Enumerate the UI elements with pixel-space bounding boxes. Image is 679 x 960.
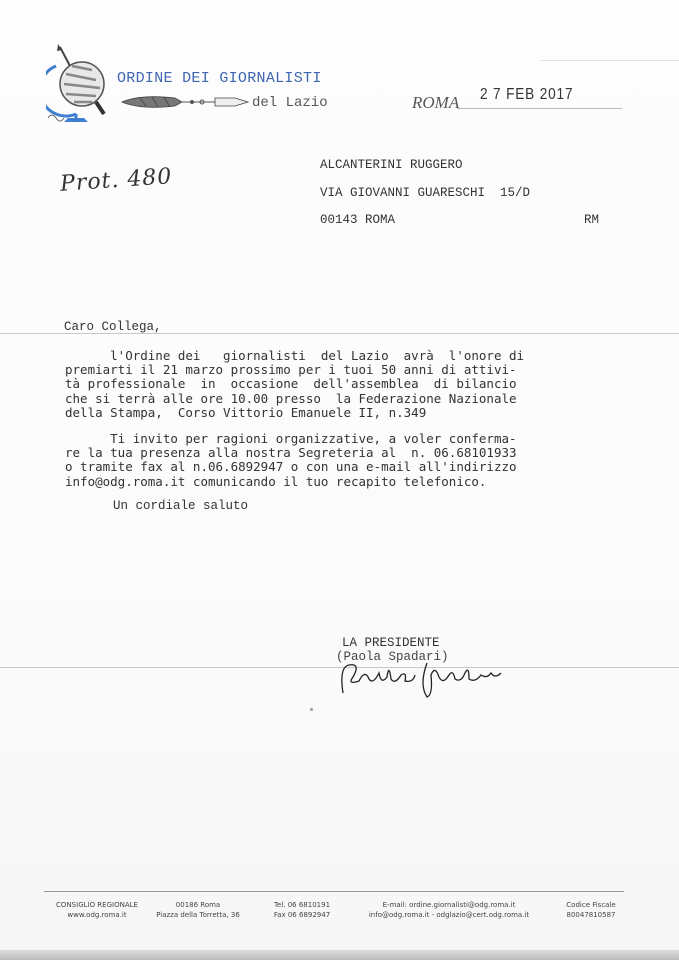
speck [310,708,313,711]
recipient-street: VIA GIOVANNI GUARESCHI 15/D [320,186,530,200]
greeting: Caro Collega, [64,320,162,334]
footer-tax-label: Codice Fiscale [556,900,626,910]
protocol-number: Prot. 480 [59,164,173,197]
recipient-province: RM [584,213,599,227]
globe-pen-icon [46,44,110,126]
footer-website: www.odg.roma.it [52,910,142,920]
footer-postcode: 00186 Roma [148,900,248,910]
fold-line [540,60,679,61]
recipient-city: 00143 ROMA [320,213,395,227]
footer-rule [44,891,624,892]
footer-email-main: E-mail: ordine.giornalisti@odg.roma.it [344,900,554,910]
recipient-name: ALCANTERINI RUGGERO [320,158,463,172]
dateline-rule [457,108,622,109]
letter-page: ORDINE DEI GIORNALISTI del Lazio ROMA 2 … [0,0,679,960]
body-paragraph-1: l'Ordine dei giornalisti del Lazio avrà … [65,349,535,420]
signature-title: LA PRESIDENTE [342,636,440,650]
body-paragraph-2: Ti invito per ragioni organizzative, a v… [65,432,535,489]
footer-email-alt: info@odg.roma.it - odglazio@cert.odg.rom… [344,910,554,920]
org-name: ORDINE DEI GIORNALISTI [117,70,322,87]
footer-fax: Fax 06 6892947 [262,910,342,920]
dateline-place: ROMA [412,93,459,113]
handwritten-signature [335,655,505,700]
page-edge-shadow [0,950,679,960]
date-stamp: 2 7 FEB 2017 [480,86,573,104]
footer-council: CONSIGLIO REGIONALE www.odg.roma.it [52,900,142,920]
org-subtitle: del Lazio [252,95,328,111]
footer-street: Piazza della Torretta, 36 [148,910,248,920]
closing: Un cordiale saluto [113,499,248,513]
footer-council-label: CONSIGLIO REGIONALE [52,900,142,910]
footer-tax-value: 80047810587 [556,910,626,920]
footer-address: 00186 Roma Piazza della Torretta, 36 [148,900,248,920]
quill-pen-icon [120,94,250,110]
footer-email: E-mail: ordine.giornalisti@odg.roma.it i… [344,900,554,920]
footer-phone: Tel. 06 6810191 Fax 06 6892947 [262,900,342,920]
footer-tel: Tel. 06 6810191 [262,900,342,910]
footer-tax-code: Codice Fiscale 80047810587 [556,900,626,920]
